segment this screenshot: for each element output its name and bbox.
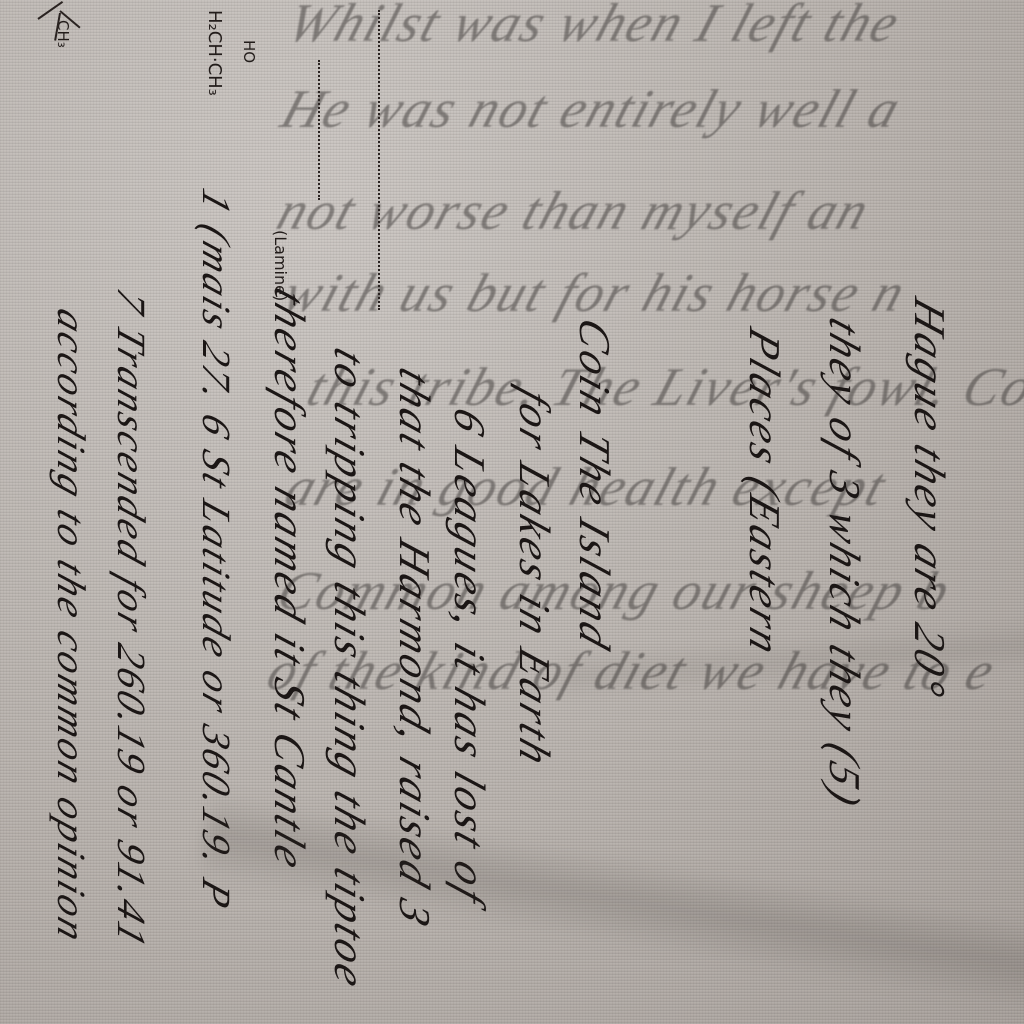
dotted-bond xyxy=(318,60,323,200)
dotted-bond xyxy=(378,10,383,310)
script-column: therefore named it St Cantle xyxy=(264,281,315,879)
formula-text: (Lamine) xyxy=(271,230,290,301)
chemistry-notation: HO xyxy=(258,40,281,58)
script-column: Coin The Island xyxy=(569,311,620,658)
script-column: according to the common opinion xyxy=(48,303,95,952)
formula-text: H₂CH·CH₃ xyxy=(204,10,225,96)
script-column: for Lakes in Earth xyxy=(509,381,560,775)
script-column: 7 Transcended for 260.19 or 91.41 xyxy=(108,283,155,956)
chemistry-notation: H₂CH·CH₃ xyxy=(225,10,311,31)
script-column: Places (Eastern xyxy=(739,321,790,664)
script-column: they of 3 which they (5) xyxy=(819,311,870,816)
formula-text: HO xyxy=(240,40,258,63)
chemistry-notation: (Lamine) xyxy=(290,230,361,249)
